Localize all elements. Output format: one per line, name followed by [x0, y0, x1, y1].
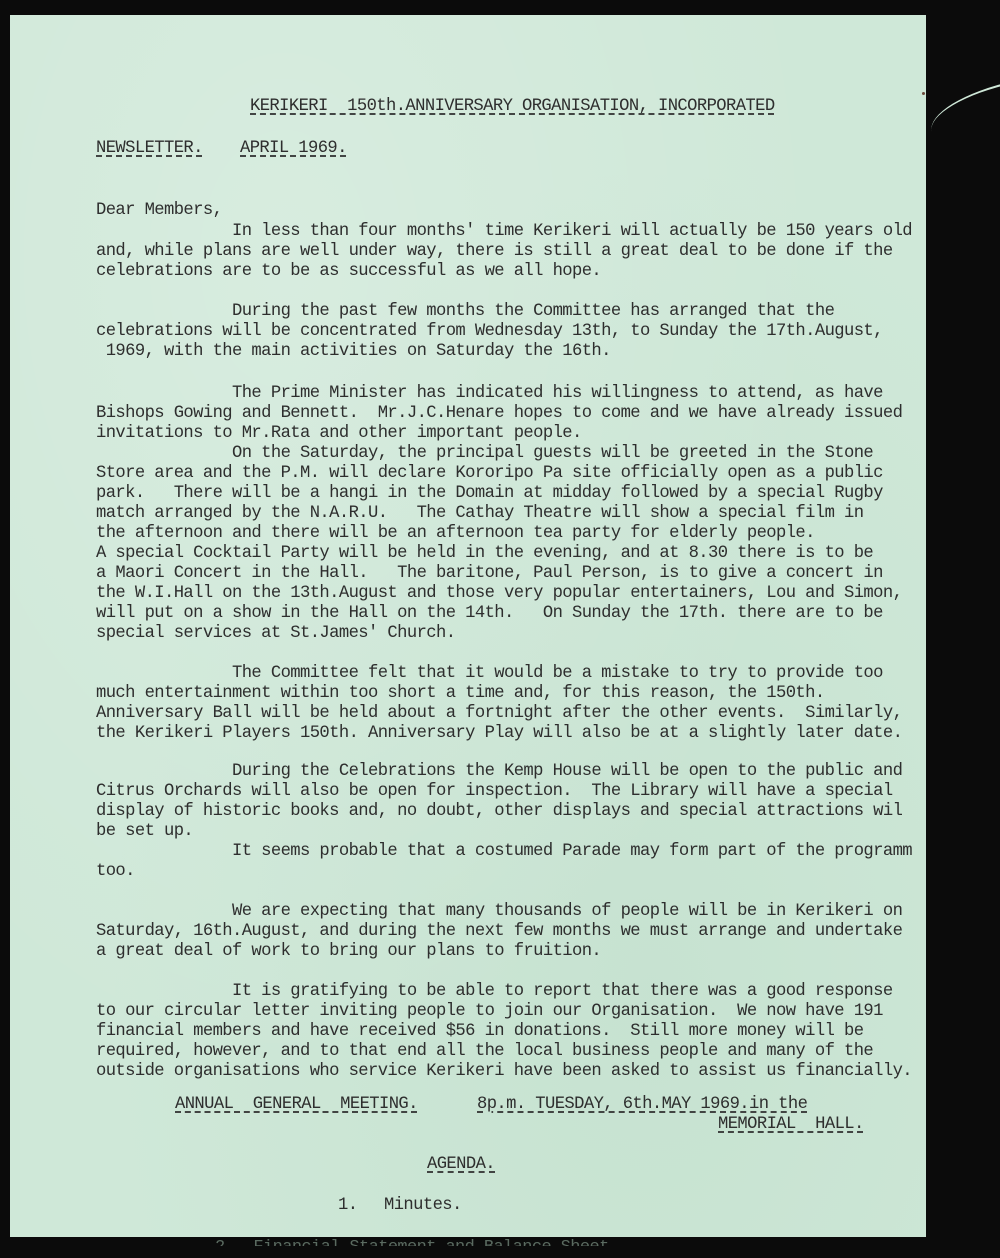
- agenda-cut-off-line: 2. Financial Statement and Balance Sheet: [215, 1238, 609, 1246]
- newsletter-date: APRIL 1969.: [240, 139, 347, 159]
- paragraph-line: be set up.: [96, 822, 193, 842]
- paragraph-line: a Maori Concert in the Hall. The bariton…: [96, 564, 883, 584]
- paper-speck: [922, 92, 925, 95]
- paragraph-line: On the Saturday, the principal guests wi…: [232, 444, 873, 464]
- paragraph-line: During the Celebrations the Kemp House w…: [232, 762, 902, 782]
- paragraph-line: will put on a show in the Hall on the 14…: [96, 604, 883, 624]
- meeting-time-date: 8p.m. TUESDAY, 6th.MAY 1969.in the: [477, 1095, 807, 1115]
- paragraph-line: It is gratifying to be able to report th…: [232, 982, 893, 1002]
- paragraph-line: During the past few months the Committee…: [232, 302, 834, 322]
- paragraph-line: A special Cocktail Party will be held in…: [96, 544, 873, 564]
- agenda-heading: AGENDA.: [427, 1155, 495, 1175]
- paragraph-line: and, while plans are well under way, the…: [96, 242, 893, 262]
- meeting-venue: MEMORIAL HALL.: [718, 1115, 864, 1135]
- paragraph-line: park. There will be a hangi in the Domai…: [96, 484, 883, 504]
- paragraph-line: display of historic books and, no doubt,…: [96, 802, 902, 822]
- paragraph-line: Citrus Orchards will also be open for in…: [96, 782, 893, 802]
- paragraph-line: the Kerikeri Players 150th. Anniversary …: [96, 724, 902, 744]
- paragraph-line: invitations to Mr.Rata and other importa…: [96, 424, 582, 444]
- paragraph-line: The Prime Minister has indicated his wil…: [232, 384, 883, 404]
- paragraph-line: a great deal of work to bring our plans …: [96, 942, 601, 962]
- paragraph-line: celebrations will be concentrated from W…: [96, 322, 883, 342]
- paragraph-line: much entertainment within too short a ti…: [96, 684, 825, 704]
- paragraph-line: outside organisations who service Kerike…: [96, 1062, 912, 1082]
- paper-curl-edge: [925, 81, 1000, 131]
- paragraph-line: Bishops Gowing and Bennett. Mr.J.C.Henar…: [96, 404, 902, 424]
- paragraph-line: Anniversary Ball will be held about a fo…: [96, 704, 902, 724]
- agenda-item-number: 1.: [338, 1196, 357, 1216]
- paragraph-line: Saturday, 16th.August, and during the ne…: [96, 922, 902, 942]
- paragraph-line: It seems probable that a costumed Parade…: [232, 842, 912, 862]
- paragraph-line: In less than four months' time Kerikeri …: [232, 222, 912, 242]
- agenda-item-label: Minutes.: [384, 1196, 462, 1216]
- paragraph-line: financial members and have received $56 …: [96, 1022, 863, 1042]
- paragraph-line: The Committee felt that it would be a mi…: [232, 664, 883, 684]
- newsletter-label: NEWSLETTER.: [96, 139, 203, 159]
- paragraph-line: We are expecting that many thousands of …: [232, 902, 902, 922]
- paragraph-line: too.: [96, 862, 135, 882]
- paragraph-line: celebrations are to be as successful as …: [96, 262, 601, 282]
- meeting-title: ANNUAL GENERAL MEETING.: [175, 1095, 418, 1115]
- paragraph-line: match arranged by the N.A.R.U. The Catha…: [96, 504, 863, 524]
- paragraph-line: 1969, with the main activities on Saturd…: [96, 342, 611, 362]
- salutation: Dear Members,: [96, 201, 222, 221]
- paragraph-line: to our circular letter inviting people t…: [96, 1002, 883, 1022]
- organisation-heading: KERIKERI 150th.ANNIVERSARY ORGANISATION,…: [250, 97, 775, 117]
- paragraph-line: the afternoon and there will be an after…: [96, 524, 815, 544]
- paragraph-line: Store area and the P.M. will declare Kor…: [96, 464, 883, 484]
- paragraph-line: the W.I.Hall on the 13th.August and thos…: [96, 584, 902, 604]
- paragraph-line: required, however, and to that end all t…: [96, 1042, 873, 1062]
- paragraph-line: special services at St.James' Church.: [96, 624, 455, 644]
